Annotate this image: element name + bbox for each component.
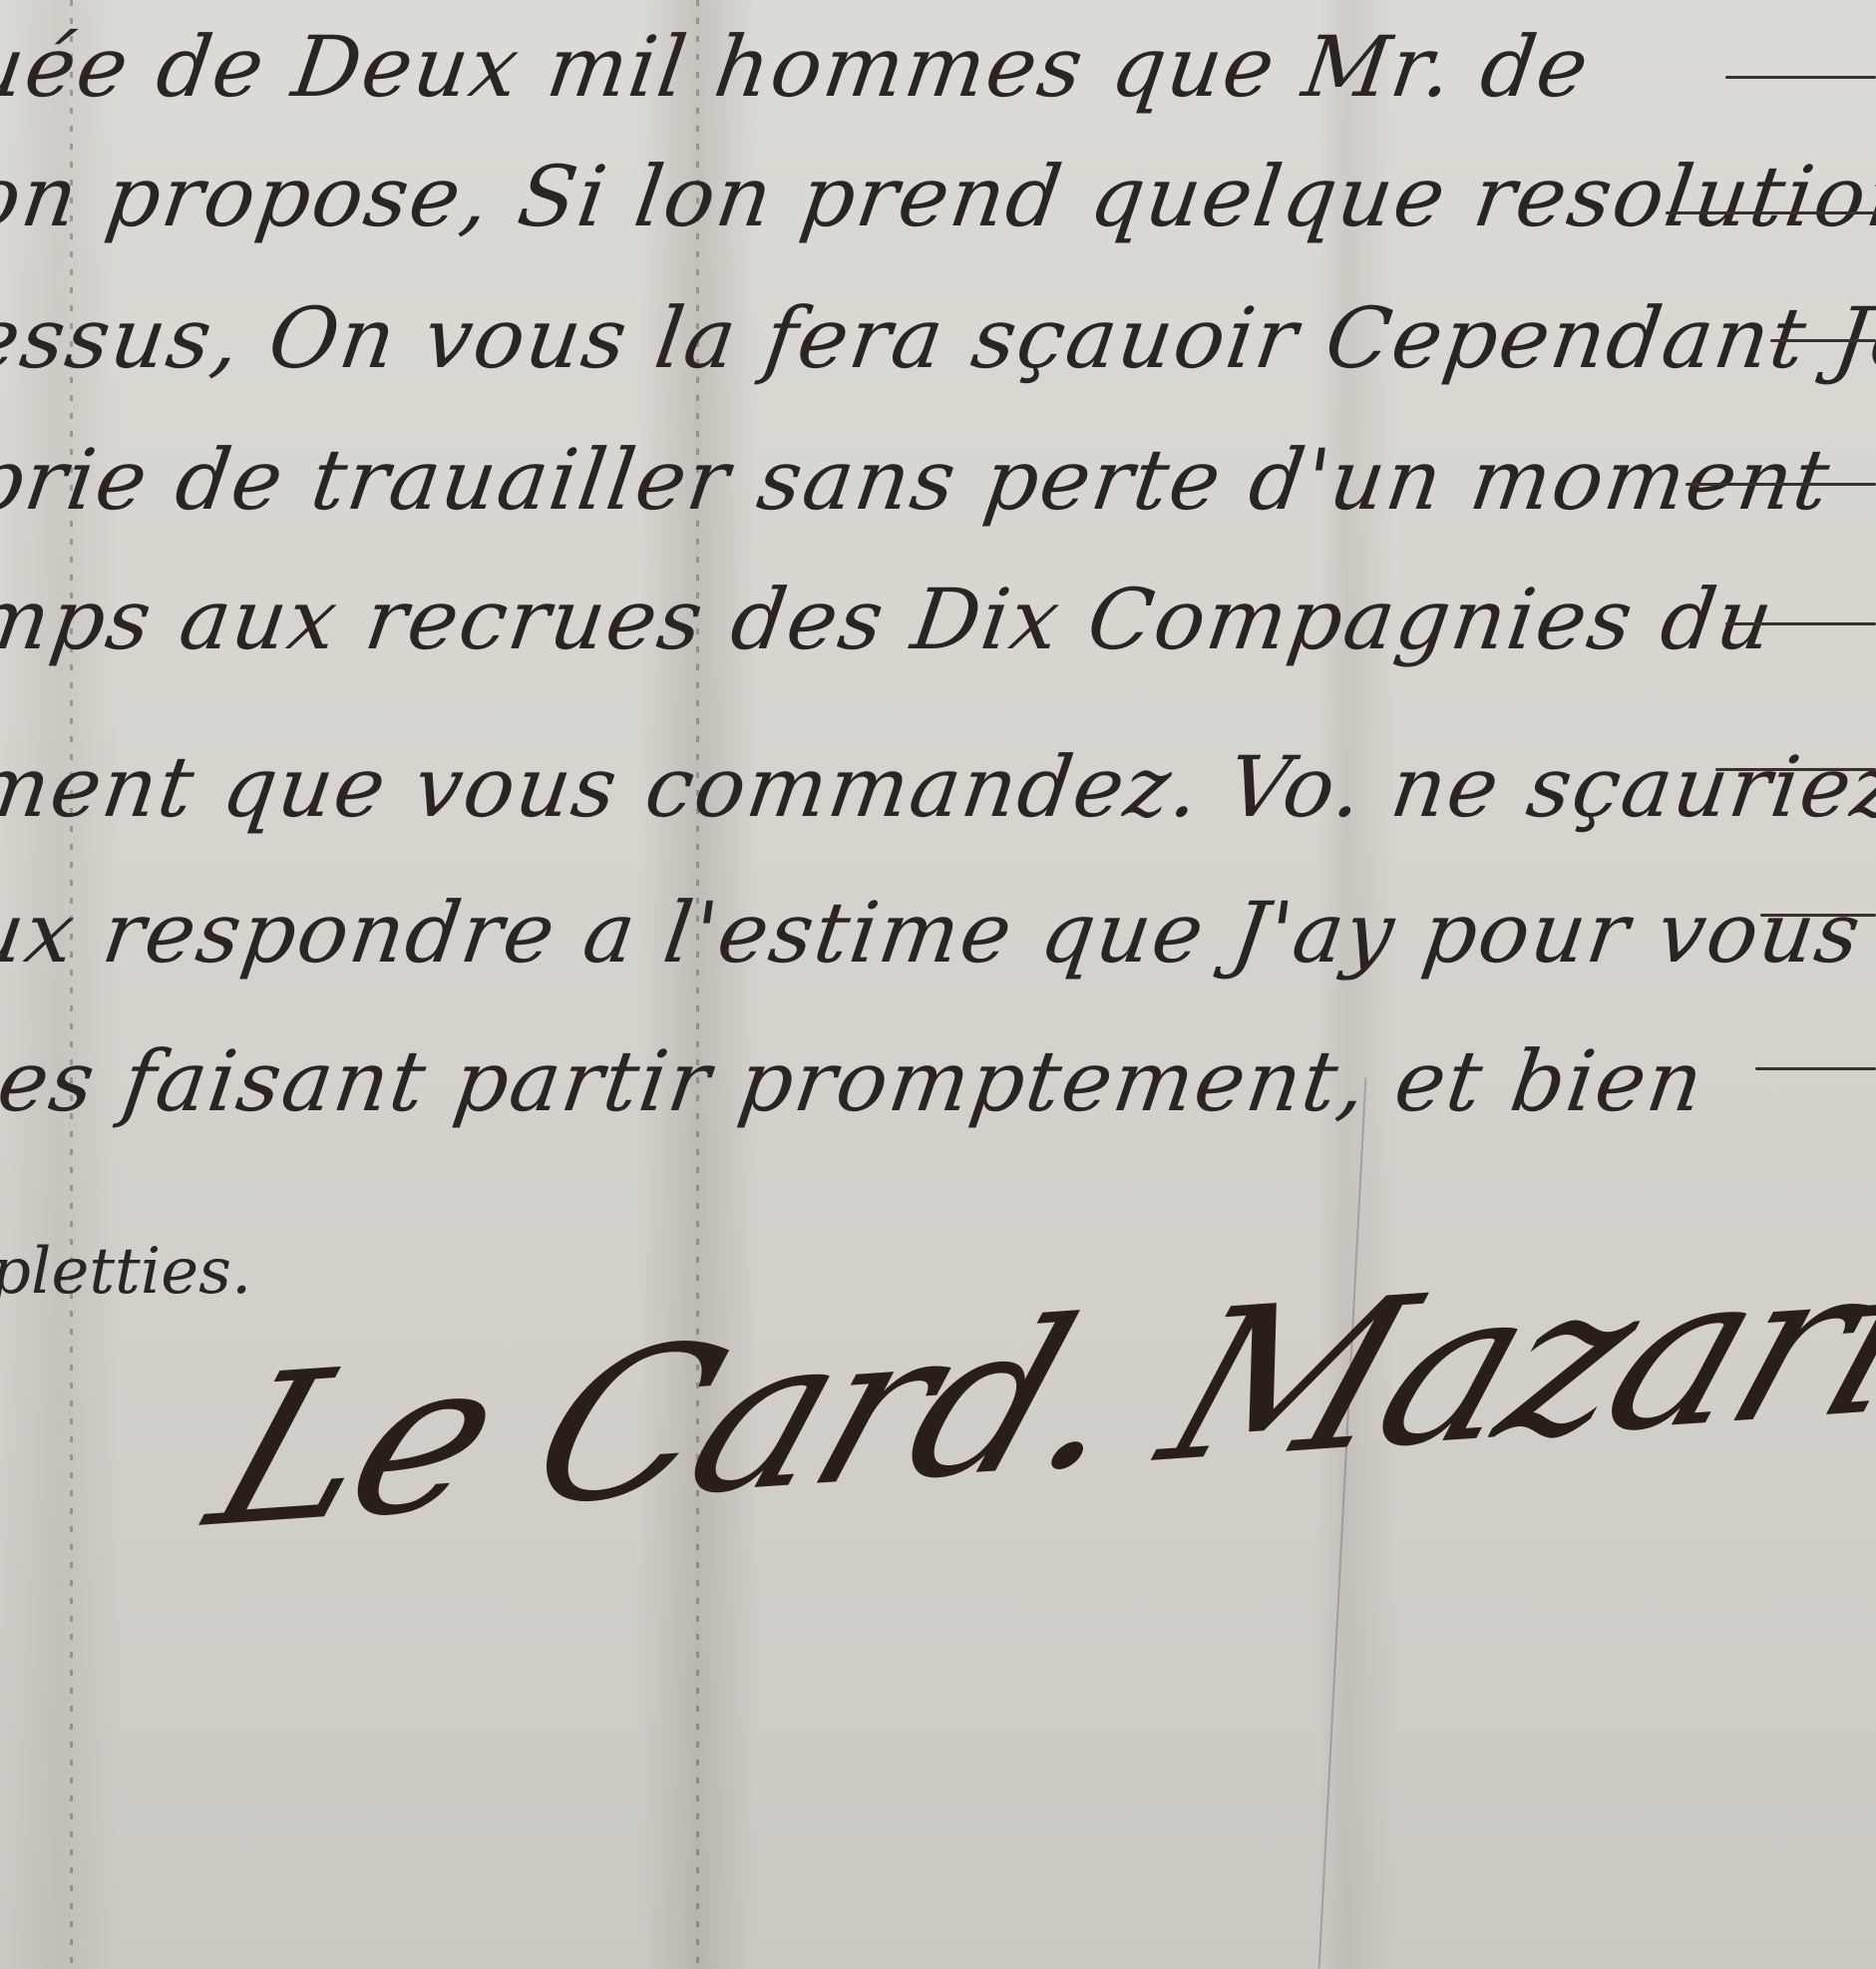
text-line-4: prie de trauailler sans perte d'un momen… xyxy=(0,431,1837,529)
line-filler-dash xyxy=(1760,914,1876,917)
line-filler-dash xyxy=(1715,768,1876,771)
line-filler-dash xyxy=(1725,76,1876,79)
line-filler-dash xyxy=(1755,1067,1876,1070)
text-line-5: mps aux recrues des Dix Compagnies du xyxy=(0,571,1780,668)
text-line-1: uée de Deux mil hommes que Mr. de xyxy=(0,18,1596,116)
text-line-3: essus, On vous la fera sçauoir Cependant… xyxy=(0,289,1876,387)
letter-page: uée de Deux mil hommes que Mr. de on pro… xyxy=(0,0,1876,1969)
line-filler-dash xyxy=(1666,211,1876,214)
text-line-8: les faisant partir promptement, et bien xyxy=(0,1032,1710,1130)
signature: Le Card. Mazarini xyxy=(189,1177,1785,1616)
signature-text: Le Card. Mazarini xyxy=(186,1204,1876,1575)
text-line-2: on propose, Si lon prend quelque resolut… xyxy=(0,148,1876,245)
line-filler-dash xyxy=(1725,622,1876,625)
line-filler-dash xyxy=(1770,339,1876,342)
text-line-7: ux respondre a l'estime que J'ay pour vo… xyxy=(0,884,1868,982)
line-filler-dash xyxy=(1686,483,1876,486)
text-line-6: ment que vous commandez. Vo. ne sçauriez xyxy=(0,738,1876,836)
